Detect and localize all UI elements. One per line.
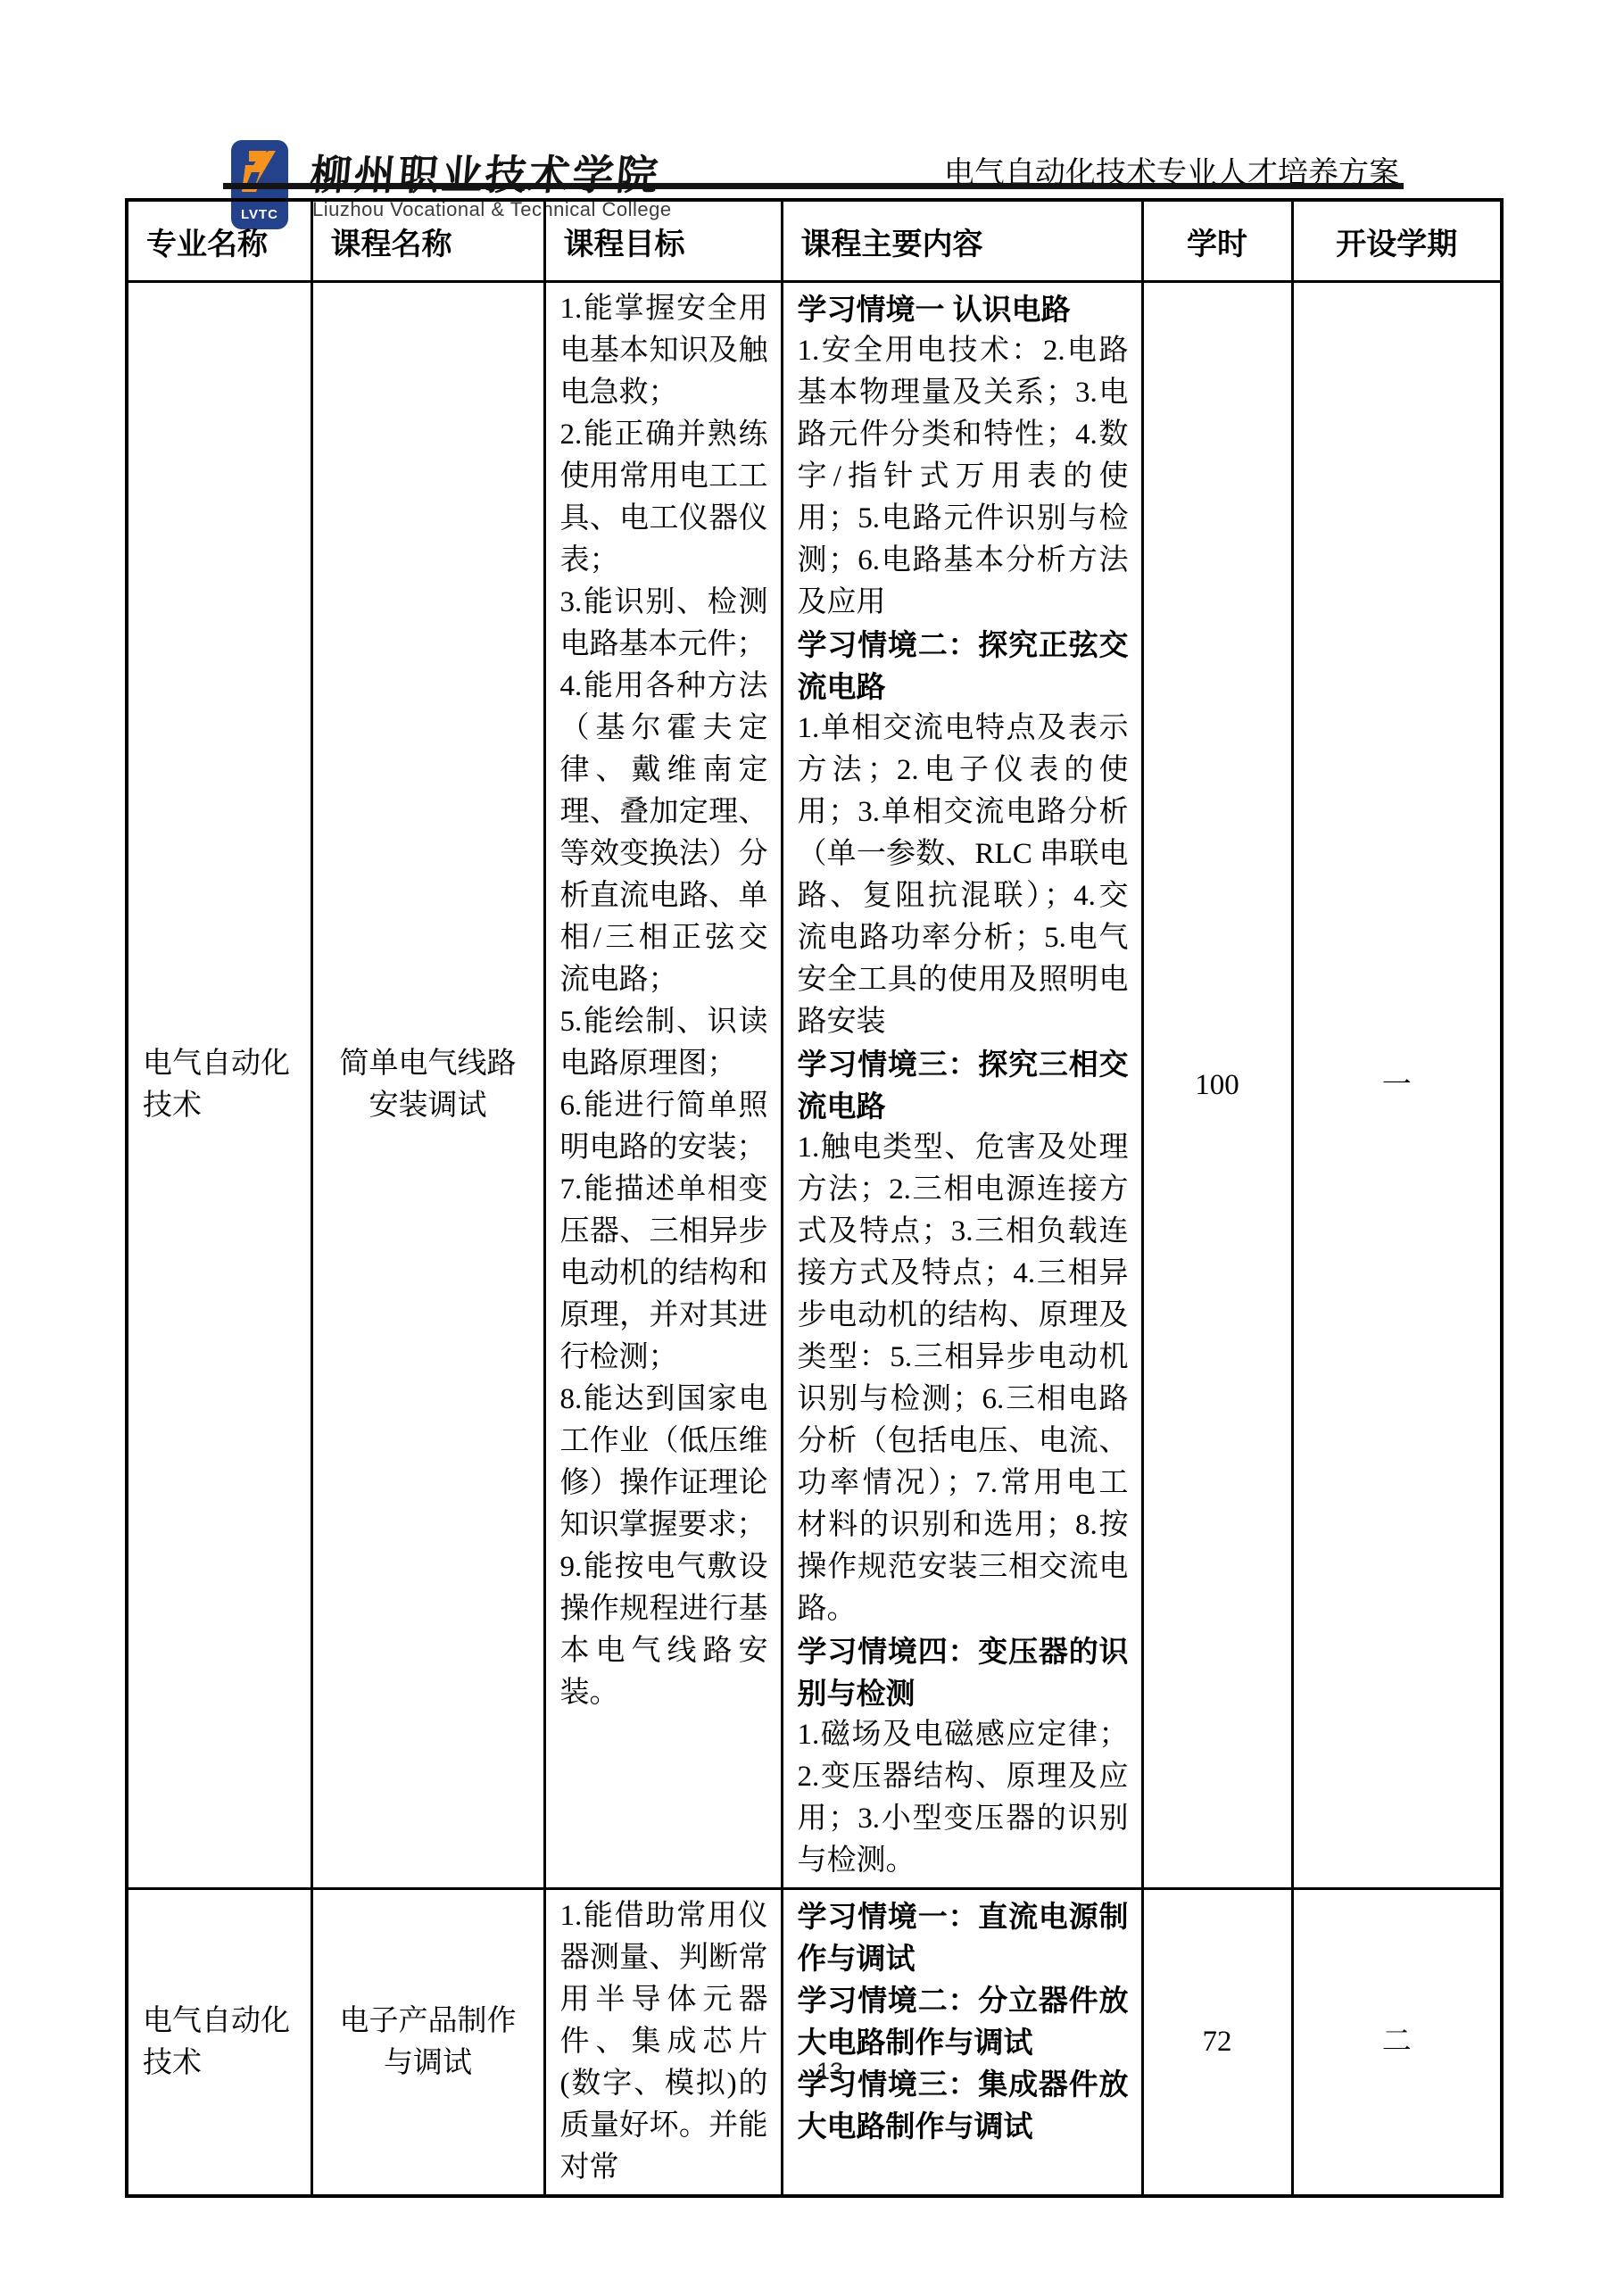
objectives-cell: 1.能掌握安全用电基本知识及触电急救； 2.能正确并熟练使用常用电工工具、电工仪… [544,282,782,1889]
content-heading: 学习情境四：变压器的识别与检测 [798,1630,1129,1714]
content-paragraph: 1.磁场及电磁感应定律；2.变压器结构、原理及应用；3.小型变压器的识别与检测。 [798,1714,1129,1882]
content-cell: 学习情境一：直流电源制作与调试 学习情境二：分立器件放大电路制作与调试 学习情境… [782,1889,1142,2197]
table-row: 电气自动化技术 简单电气线路安装调试 1.能掌握安全用电基本知识及触电急救； 2… [127,282,1502,1889]
content-heading: 学习情境三：探究三相交流电路 [798,1043,1129,1127]
lightning-logo-icon [236,145,283,199]
content-cell: 学习情境一 认识电路 1.安全用电技术：2.电路基本物理量及关系；3.电路元件分… [782,282,1142,1889]
content-heading: 学习情境二：分立器件放大电路制作与调试 [798,1979,1129,2063]
objective-item: 8.能达到国家电工作业（低压维修）操作证理论知识掌握要求； [560,1379,768,1546]
course-cell: 简单电气线路安装调试 [311,282,544,1889]
table-row: 电气自动化技术 电子产品制作与调试 1.能借助常用仪器测量、判断常用半导体元器件… [127,1889,1502,2197]
column-header-objectives: 课程目标 [544,200,782,282]
content-paragraph: 1.安全用电技术：2.电路基本物理量及关系；3.电路元件分类和特性；4.数字/指… [798,330,1129,624]
content-heading: 学习情境一 认识电路 [798,288,1129,330]
objective-item: 6.能进行简单照明电路的安装； [560,1085,768,1169]
objective-item: 5.能绘制、识读电路原理图； [560,1001,768,1085]
major-cell: 电气自动化技术 [127,282,311,1889]
column-header-hours: 学时 [1142,200,1292,282]
objective-item: 2.能正确并熟练使用常用电工工具、电工仪器仪表； [560,414,768,582]
column-header-major: 专业名称 [127,200,311,282]
course-cell: 电子产品制作与调试 [311,1889,544,2197]
table-header-row: 专业名称 课程名称 课程目标 课程主要内容 学时 开设学期 [127,200,1502,282]
content-heading: 学习情境二：探究正弦交流电路 [798,624,1129,708]
curriculum-table: 专业名称 课程名称 课程目标 课程主要内容 学时 开设学期 电气自动化技术 简单… [125,198,1500,2198]
header-divider [223,183,1404,189]
content-paragraph: 1.触电类型、危害及处理方法；2.三相电源连接方式及特点；3.三相负载连接方式及… [798,1127,1129,1630]
objective-item: 9.能按电气敷设操作规程进行基本电气线路安装。 [560,1546,768,1714]
objective-item: 1.能借助常用仪器测量、判断常用半导体元器件、集成芯片(数字、模拟)的质量好坏。… [560,1895,768,2189]
content-paragraph: 1.单相交流电特点及表示方法；2.电子仪表的使用；3.单相交流电路分析（单一参数… [798,708,1129,1043]
semester-cell: 一 [1292,282,1502,1889]
column-header-content: 课程主要内容 [782,200,1142,282]
objective-item: 3.能识别、检测电路基本元件； [560,582,768,666]
major-cell: 电气自动化技术 [127,1889,311,2197]
objective-item: 4.能用各种方法（基尔霍夫定律、戴维南定理、叠加定理、等效变换法）分析直流电路、… [560,666,768,1001]
page-number: 13 [0,2058,1624,2085]
objective-item: 1.能掌握安全用电基本知识及触电急救； [560,288,768,414]
column-header-course: 课程名称 [311,200,544,282]
content-heading: 学习情境一：直流电源制作与调试 [798,1895,1129,1979]
semester-cell: 二 [1292,1889,1502,2197]
document-page: LVTC 柳州职业技术学院 Liuzhou Vocational & Techn… [0,0,1624,2296]
objective-item: 7.能描述单相变压器、三相异步电动机的结构和原理，并对其进行检测； [560,1169,768,1379]
logo-abbr-text: LVTC [241,207,278,222]
objectives-cell: 1.能借助常用仪器测量、判断常用半导体元器件、集成芯片(数字、模拟)的质量好坏。… [544,1889,782,2197]
hours-cell: 100 [1142,282,1292,1889]
hours-cell: 72 [1142,1889,1292,2197]
column-header-semester: 开设学期 [1292,200,1502,282]
